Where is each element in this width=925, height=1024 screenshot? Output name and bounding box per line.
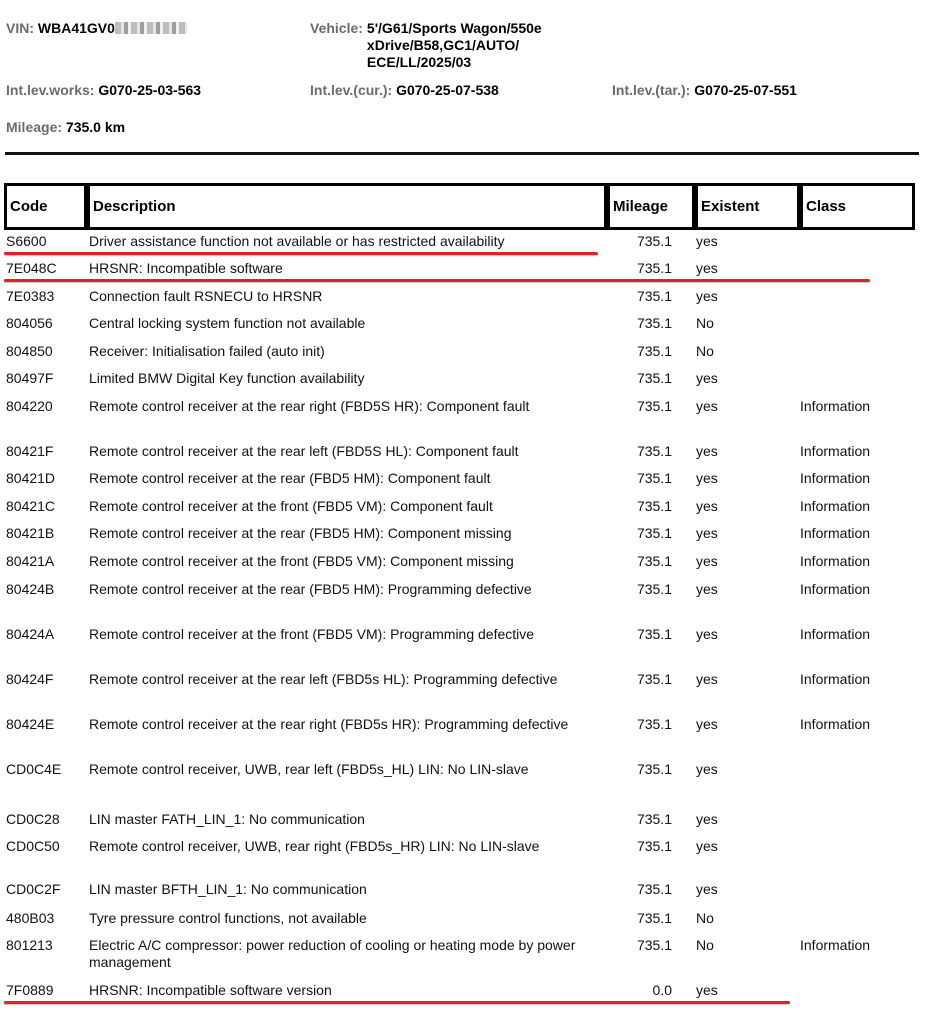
fault-mileage: 735.1 [606,811,672,828]
int-lev-tar-field: Int.lev.(tar.): G070-25-07-551 [612,82,797,99]
fault-mileage: 735.1 [606,498,672,515]
int-lev-tar-label: Int.lev.(tar.): [612,82,690,98]
mileage-value: 735.0 km [66,119,125,135]
vin-label: VIN: [6,20,34,36]
fault-code: 80421F [6,443,53,460]
red-underline-annotation [4,279,870,282]
fault-description: Remote control receiver at the rear left… [89,671,604,688]
fault-existent: yes [696,370,718,387]
fault-code: 80424B [6,581,54,598]
fault-description: Remote control receiver at the front (FB… [89,626,604,643]
fault-existent: yes [696,288,718,305]
fault-code: 80421D [6,470,55,487]
fault-existent: yes [696,881,718,898]
fault-existent: yes [696,553,718,570]
fault-code: 80424A [6,626,54,643]
fault-class: Information [800,716,870,733]
fault-description: Remote control receiver at the rear (FBD… [89,470,604,487]
fault-mileage: 735.1 [606,398,672,415]
vin-redacted [115,22,187,34]
fault-mileage: 735.1 [606,581,672,598]
fault-description: Electric A/C compressor: power reduction… [89,937,604,971]
fault-class: Information [800,525,870,542]
fault-description: Remote control receiver at the rear left… [89,443,604,460]
fault-class: Information [800,398,870,415]
fault-code: 7E048C [6,260,57,277]
fault-code: 80421A [6,553,54,570]
int-lev-cur-value: G070-25-07-538 [396,82,499,98]
fault-existent: yes [696,470,718,487]
column-header-mileage: Mileage [607,183,695,230]
fault-class: Information [800,671,870,688]
vehicle-field: Vehicle: 5'/G61/Sports Wagon/550e xDrive… [310,20,582,71]
fault-code: 804220 [6,398,53,415]
mileage-field: Mileage: 735.0 km [6,119,125,136]
fault-class: Information [800,443,870,460]
fault-existent: yes [696,398,718,415]
fault-code: CD0C2F [6,881,60,898]
fault-description: Central locking system function not avai… [89,315,604,332]
fault-class: Information [800,581,870,598]
column-header-class: Class [800,183,915,230]
fault-description: Receiver: Initialisation failed (auto in… [89,343,604,360]
fault-existent: yes [696,443,718,460]
fault-class: Information [800,937,870,954]
fault-code: 80424F [6,671,53,688]
fault-mileage: 735.1 [606,233,672,250]
fault-description: Limited BMW Digital Key function availab… [89,370,604,387]
fault-description: HRSNR: Incompatible software [89,260,604,277]
vin-field: VIN: WBA41GV0 [6,20,187,37]
fault-existent: yes [696,498,718,515]
column-header-existent: Existent [695,183,800,230]
fault-class: Information [800,470,870,487]
fault-code: CD0C4E [6,761,61,778]
fault-code: 80424E [6,716,54,733]
vehicle-value: 5'/G61/Sports Wagon/550e xDrive/B58,GC1/… [367,20,582,71]
fault-description: Remote control receiver at the rear (FBD… [89,581,604,598]
fault-description: Tyre pressure control functions, not ava… [89,910,604,927]
fault-code: 80497F [6,370,53,387]
fault-mileage: 735.1 [606,626,672,643]
fault-code: 804850 [6,343,53,360]
fault-mileage: 735.1 [606,553,672,570]
column-header-code: Code [4,183,87,230]
fault-mileage: 735.1 [606,838,672,855]
fault-code: 480B03 [6,910,54,927]
fault-description: Remote control receiver at the front (FB… [89,553,604,570]
fault-class: Information [800,553,870,570]
int-lev-works-field: Int.lev.works: G070-25-03-563 [6,82,201,99]
fault-mileage: 735.1 [606,470,672,487]
fault-description: Remote control receiver, UWB, rear right… [89,838,604,855]
fault-existent: yes [696,671,718,688]
fault-mileage: 735.1 [606,525,672,542]
header-divider [5,152,919,155]
int-lev-cur-field: Int.lev.(cur.): G070-25-07-538 [310,82,499,99]
fault-mileage: 735.1 [606,288,672,305]
fault-mileage: 735.1 [606,671,672,688]
red-underline-annotation [4,1001,790,1004]
fault-existent: yes [696,716,718,733]
fault-mileage: 735.1 [606,716,672,733]
int-lev-works-value: G070-25-03-563 [98,82,201,98]
fault-mileage: 735.1 [606,443,672,460]
fault-code: 80421B [6,525,54,542]
fault-description: Remote control receiver at the rear righ… [89,398,604,415]
fault-code: CD0C50 [6,838,60,855]
fault-mileage: 735.1 [606,937,672,954]
fault-existent: No [696,343,714,360]
fault-description: Remote control receiver at the rear (FBD… [89,525,604,542]
vehicle-label: Vehicle: [310,20,363,71]
fault-existent: yes [696,581,718,598]
fault-description: Driver assistance function not available… [89,233,604,250]
fault-class: Information [800,498,870,515]
red-underline-annotation [4,252,598,255]
fault-code: 7E0383 [6,288,54,305]
fault-mileage: 735.1 [606,761,672,778]
fault-mileage: 0.0 [606,982,672,999]
fault-description: Remote control receiver at the rear righ… [89,716,604,733]
fault-existent: yes [696,260,718,277]
fault-mileage: 735.1 [606,881,672,898]
fault-existent: yes [696,525,718,542]
fault-code: 80421C [6,498,55,515]
fault-existent: No [696,937,714,954]
fault-description: LIN master FATH_LIN_1: No communication [89,811,604,828]
fault-code: 804056 [6,315,53,332]
fault-code: 801213 [6,937,53,954]
fault-code: 7F0889 [6,982,53,999]
mileage-label: Mileage: [6,119,62,135]
fault-description: Connection fault RSNECU to HRSNR [89,288,604,305]
fault-description: HRSNR: Incompatible software version [89,982,604,999]
fault-existent: No [696,910,714,927]
fault-existent: yes [696,811,718,828]
column-header-description: Description [87,183,607,230]
fault-description: Remote control receiver at the front (FB… [89,498,604,515]
fault-existent: No [696,315,714,332]
fault-existent: yes [696,838,718,855]
fault-code: S6600 [6,233,46,250]
int-lev-works-label: Int.lev.works: [6,82,94,98]
vin-value: WBA41GV0 [38,20,115,36]
fault-code: CD0C28 [6,811,60,828]
fault-existent: yes [696,982,718,999]
fault-mileage: 735.1 [606,370,672,387]
int-lev-tar-value: G070-25-07-551 [694,82,797,98]
fault-description: Remote control receiver, UWB, rear left … [89,761,604,778]
fault-mileage: 735.1 [606,315,672,332]
fault-existent: yes [696,233,718,250]
fault-mileage: 735.1 [606,910,672,927]
fault-existent: yes [696,761,718,778]
int-lev-cur-label: Int.lev.(cur.): [310,82,392,98]
fault-class: Information [800,626,870,643]
fault-mileage: 735.1 [606,343,672,360]
fault-existent: yes [696,626,718,643]
fault-description: LIN master BFTH_LIN_1: No communication [89,881,604,898]
fault-mileage: 735.1 [606,260,672,277]
